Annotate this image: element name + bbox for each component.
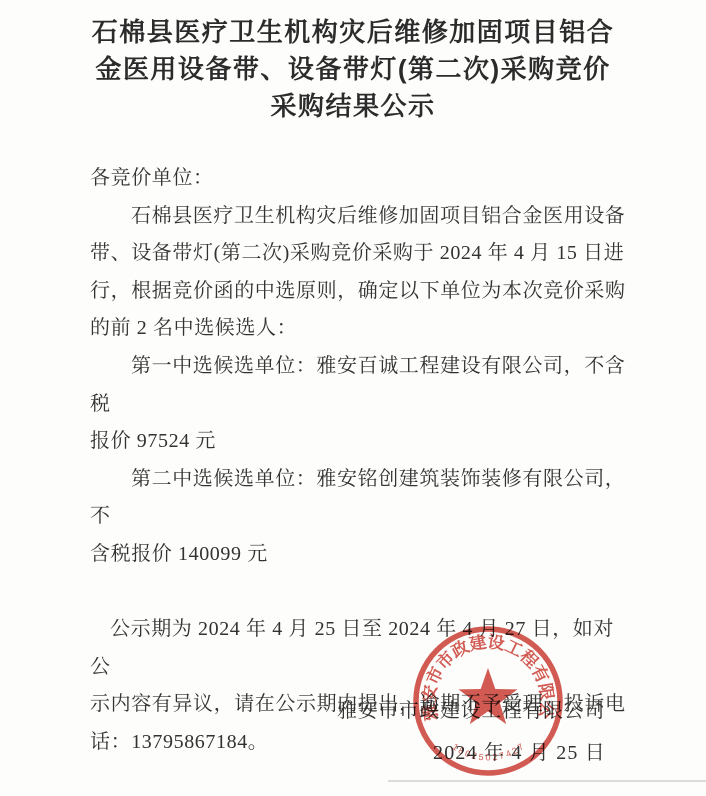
seal-serial-number: 18025027427 bbox=[450, 742, 525, 763]
paragraph-line: 带、设备带灯(第二次)采购竞价采购于 2024 年 4 月 15 日进 bbox=[90, 235, 634, 273]
paragraph-line: 的前 2 名中选候选人： bbox=[90, 310, 634, 348]
winner1-line: 报价 97524 元 bbox=[90, 423, 634, 461]
winner2-line: 第二中选候选单位：雅安铭创建筑装饰装修有限公司，不 bbox=[90, 461, 634, 536]
winner1-line: 第一中选候选单位：雅安百诚工程建设有限公司，不含税 bbox=[90, 348, 634, 423]
scanned-document-page: 石棉县医疗卫生机构灾后维修加固项目铝合 金医用设备带、设备带灯(第二次)采购竞价… bbox=[0, 0, 706, 796]
title-line-3: 采购结果公示 bbox=[0, 88, 706, 125]
scan-artifact-line bbox=[388, 780, 706, 782]
paragraph-line: 行，根据竞价函的中选原则，确定以下单位为本次竞价采购 bbox=[90, 273, 634, 311]
red-star-icon bbox=[459, 668, 518, 724]
document-title: 石棉县医疗卫生机构灾后维修加固项目铝合 金医用设备带、设备带灯(第二次)采购竞价… bbox=[0, 14, 706, 125]
title-line-1: 石棉县医疗卫生机构灾后维修加固项目铝合 bbox=[0, 14, 706, 51]
title-line-2: 金医用设备带、设备带灯(第二次)采购竞价 bbox=[0, 51, 706, 88]
paragraph-line: 石棉县医疗卫生机构灾后维修加固项目铝合金医用设备 bbox=[90, 198, 634, 236]
company-seal-stamp: 雅安市市政建设工程有限公司 18025027427 bbox=[406, 619, 570, 783]
winner2-line: 含税报价 140099 元 bbox=[90, 536, 634, 574]
salutation-line: 各竞价单位： bbox=[90, 160, 634, 198]
